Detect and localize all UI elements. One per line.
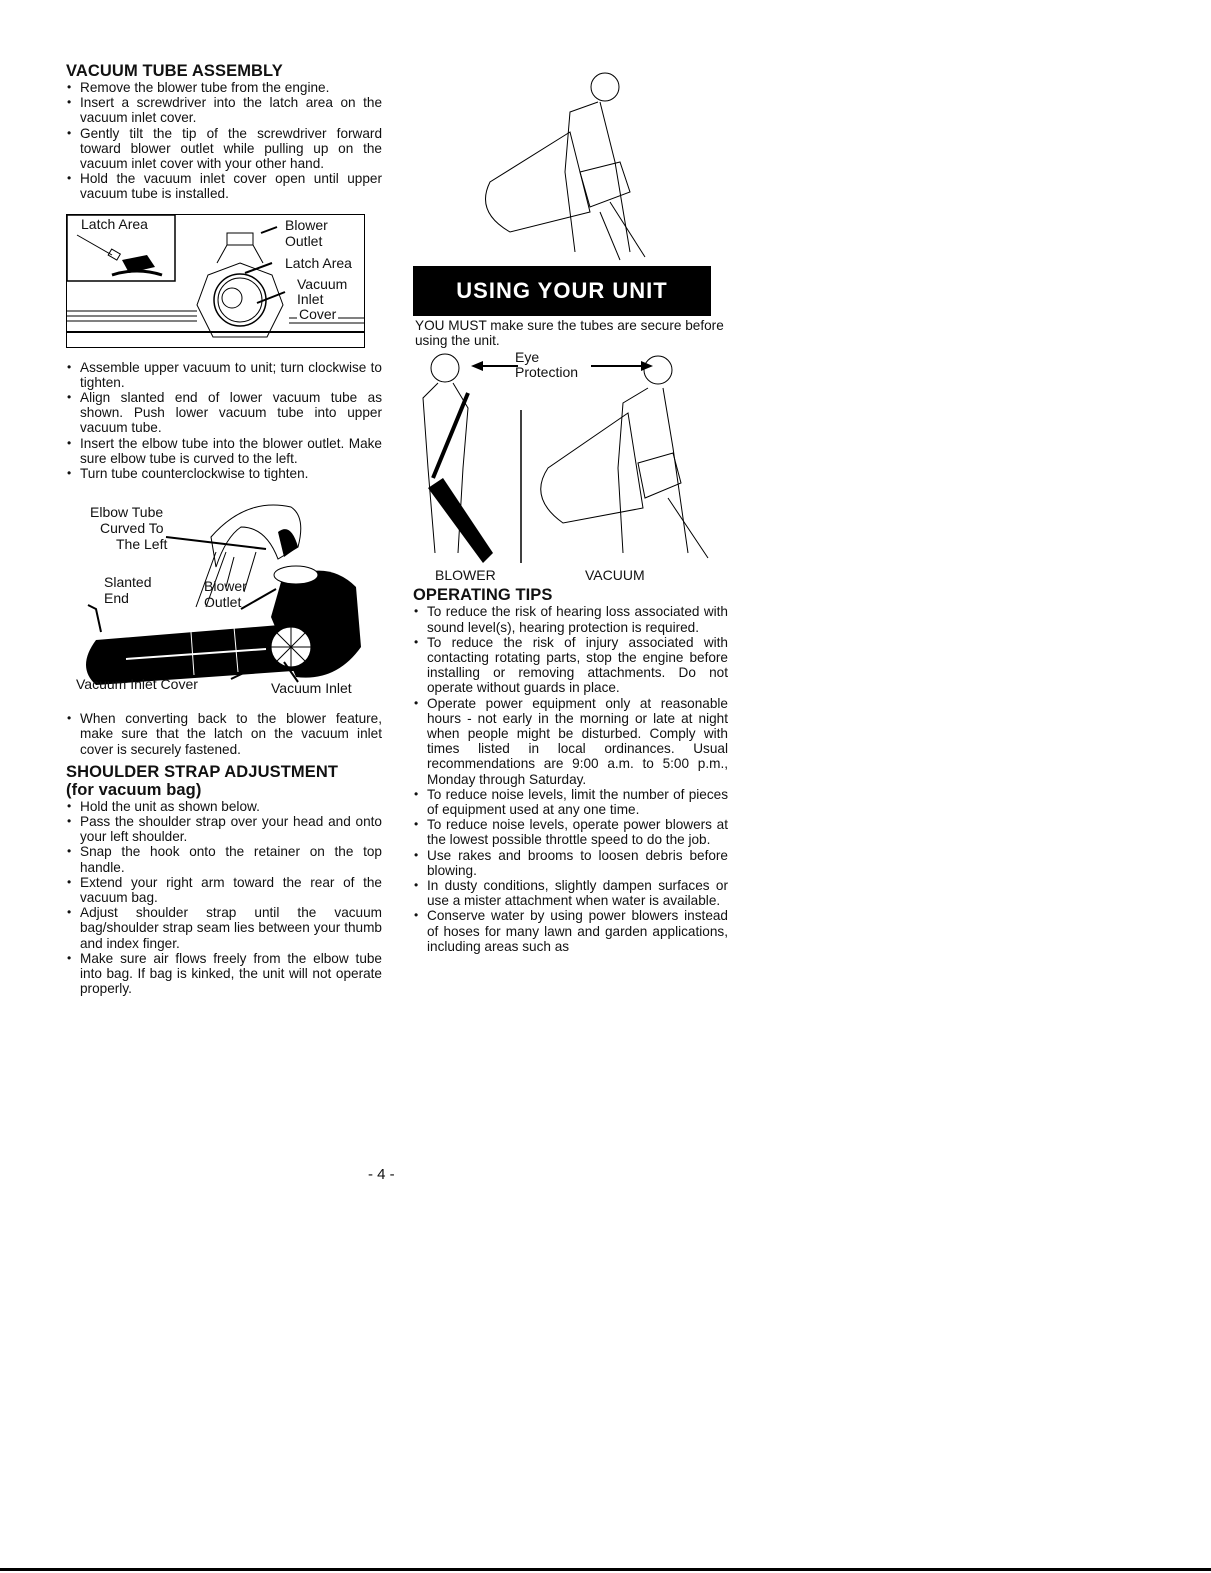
eye-protection-figure: Eye Protection [413, 348, 713, 568]
list-item: To reduce the risk of hearing loss assoc… [413, 604, 728, 634]
shoulder-strap-steps: Hold the unit as shown below. Pass the s… [66, 799, 382, 997]
list-item: To reduce noise levels, limit the number… [413, 787, 728, 817]
list-item: Align slanted end of lower vacuum tube a… [66, 390, 382, 436]
list-item: Gently tilt the tip of the screwdriver f… [66, 126, 382, 172]
person-with-vacuum-bag-icon [470, 62, 670, 262]
list-item: Insert the elbow tube into the blower ou… [66, 436, 382, 466]
elbow-tube-label-line3: The Left [116, 537, 167, 552]
list-item: Insert a screwdriver into the latch area… [66, 95, 382, 125]
blower-caption: BLOWER [435, 568, 496, 583]
slanted-end-label-line2: End [104, 591, 129, 606]
list-item: Assemble upper vacuum to unit; turn cloc… [66, 360, 382, 390]
vacuum-inlet-label: Vacuum Inlet [271, 681, 352, 696]
eye-protection-label: Eye [515, 350, 539, 365]
converting-steps: When converting back to the blower featu… [66, 711, 382, 757]
list-item: Remove the blower tube from the engine. [66, 80, 382, 95]
list-item: Hold the unit as shown below. [66, 799, 382, 814]
vacuum-inlet-cover-label-line3: Cover [297, 307, 338, 322]
blower-outlet-label: Blower [204, 579, 247, 594]
slanted-end-label: Slanted [104, 575, 151, 590]
shoulder-strap-subheading: (for vacuum bag) [66, 781, 382, 799]
vacuum-inlet-cover-label-line2: Inlet [297, 292, 323, 307]
figure-captions: BLOWER VACUUM [413, 568, 728, 586]
shoulder-strap-heading: SHOULDER STRAP ADJUSTMENT [66, 763, 382, 781]
latch-area-label: Latch Area [285, 256, 352, 271]
list-item: Adjust shoulder strap until the vacuum b… [66, 905, 382, 951]
vacuum-inlet-cover-label: Vacuum [297, 277, 347, 292]
inset-latch-area-label: Latch Area [81, 217, 148, 232]
elbow-tube-label-line2: Curved To [100, 521, 164, 536]
list-item: To reduce the risk of injury associated … [413, 635, 728, 696]
eye-protection-label-line2: Protection [515, 365, 578, 380]
list-item: Snap the hook onto the retainer on the t… [66, 844, 382, 874]
elbow-tube-figure: Elbow Tube Curved To The Left Slanted En… [66, 497, 366, 697]
list-item: Turn tube counterclockwise to tighten. [66, 466, 382, 481]
left-column: VACUUM TUBE ASSEMBLY Remove the blower t… [66, 62, 382, 997]
assembly-steps: Assemble upper vacuum to unit; turn cloc… [66, 360, 382, 482]
list-item: When converting back to the blower featu… [66, 711, 382, 757]
list-item: Pass the shoulder strap over your head a… [66, 814, 382, 844]
list-item: Extend your right arm toward the rear of… [66, 875, 382, 905]
list-item: Use rakes and brooms to loosen debris be… [413, 848, 728, 878]
vacuum-tube-assembly-heading: VACUUM TUBE ASSEMBLY [66, 62, 382, 80]
list-item: To reduce noise levels, operate power bl… [413, 817, 728, 847]
list-item: Conserve water by using power blowers in… [413, 908, 728, 954]
blower-outlet-label-line2: Outlet [285, 234, 322, 249]
vacuum-operator-illustration [470, 62, 670, 262]
list-item: In dusty conditions, slightly dampen sur… [413, 878, 728, 908]
list-item: Operate power equipment only at reasonab… [413, 696, 728, 787]
vacuum-caption: VACUUM [585, 568, 645, 583]
secure-tubes-warning: YOU MUST make sure the tubes are secure … [413, 318, 728, 348]
bottom-border [0, 1568, 1211, 1571]
blower-outlet-label-line2: Outlet [204, 595, 241, 610]
operating-tips-heading: OPERATING TIPS [413, 586, 728, 604]
list-item: Hold the vacuum inlet cover open until u… [66, 171, 382, 201]
elbow-tube-label: Elbow Tube [90, 505, 163, 520]
right-column: YOU MUST make sure the tubes are secure … [413, 318, 728, 954]
latch-area-figure: Latch Area Blower Outlet Latch Area Vacu… [66, 214, 365, 348]
blower-vacuum-operators-illustration [413, 348, 713, 568]
vacuum-tube-assembly-steps: Remove the blower tube from the engine. … [66, 80, 382, 202]
list-item: Make sure air flows freely from the elbo… [66, 951, 382, 997]
using-your-unit-banner: USING YOUR UNIT [413, 266, 711, 316]
blower-outlet-label: Blower [285, 218, 328, 233]
vacuum-inlet-cover-label: Vacuum Inlet Cover [76, 677, 198, 692]
operating-tips-list: To reduce the risk of hearing loss assoc… [413, 604, 728, 954]
page-number: - 4 - [368, 1166, 395, 1183]
